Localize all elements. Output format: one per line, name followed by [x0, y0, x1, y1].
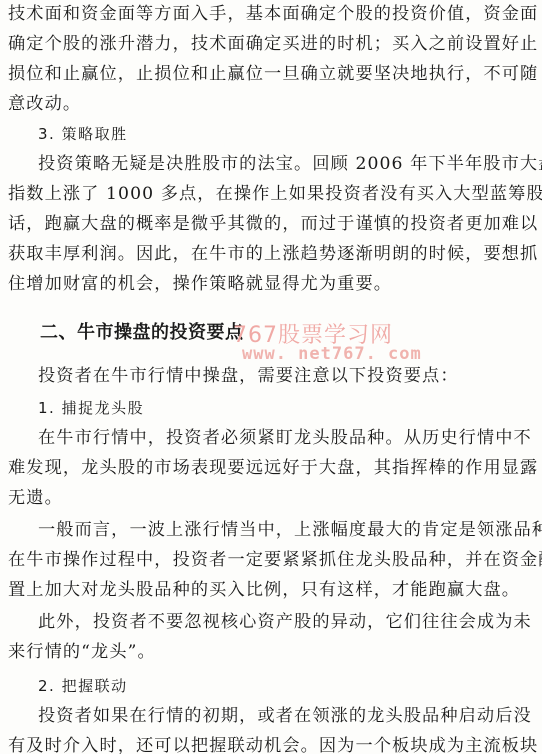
text-line: 投资者在牛市行情中操盘，需要注意以下投资要点：	[38, 366, 536, 386]
text-line: 指数上涨了 1000 多点，在操作上如果投资者没有买入大型蓝筹股的	[8, 184, 536, 204]
subsection-heading-2: 2. 把握联动	[38, 676, 536, 696]
watermark-url: www. net767. com	[242, 344, 422, 364]
text-line: 获取丰厚利润。因此，在牛市的上涨趋势逐渐明朗的时候，要想抓	[8, 244, 536, 264]
text-line: 投资策略无疑是决胜股市的法宝。回顾 2006 年下半年股市大盘	[38, 154, 536, 174]
section-heading: 二、牛市操盘的投资要点	[40, 318, 244, 344]
text-line: 此外，投资者不要忽视核心资产股的异动，它们往往会成为未	[38, 612, 536, 632]
text-line: 意改动。	[8, 94, 536, 114]
text-line: 一般而言，一波上涨行情当中，上涨幅度最大的肯定是领涨品种。	[38, 520, 536, 540]
text-line: 投资者如果在行情的初期，或者在领涨的龙头股品种启动后没	[38, 706, 536, 726]
subsection-heading-3: 3. 策略取胜	[38, 124, 536, 144]
text-line: 住增加财富的机会，操作策略就显得尤为重要。	[8, 274, 536, 294]
text-line: 无遗。	[8, 488, 536, 508]
text-line: 在牛市行情中，投资者必须紧盯龙头股品种。从历史行情中不	[38, 428, 536, 448]
subsection-heading-1: 1. 捕捉龙头股	[38, 398, 536, 418]
text-line: 确定个股的涨升潜力，技术面确定买进的时机；买入之前设置好止	[8, 34, 536, 54]
text-line: 话，跑赢大盘的概率是微乎其微的，而过于谨慎的投资者更加难以	[8, 214, 536, 234]
text-line: 在牛市操作过程中，投资者一定要紧紧抓住龙头股品种，并在资金配	[8, 550, 536, 570]
text-line: 技术面和资金面等方面入手，基本面确定个股的投资价值，资金面	[8, 4, 536, 24]
text-line: 有及时介入时，还可以把握联动机会。因为一个板块成为主流板块	[8, 736, 536, 754]
text-line: 来行情的“龙头”。	[8, 642, 536, 662]
text-line: 损位和止赢位，止损位和止赢位一旦确立就要坚决地执行，不可随	[8, 64, 536, 84]
text-line: 难发现，龙头股的市场表现要远远好于大盘，其指挥棒的作用显露	[8, 458, 536, 478]
text-line: 置上加大对龙头股品种的买入比例，只有这样，才能跑赢大盘。	[8, 580, 536, 600]
